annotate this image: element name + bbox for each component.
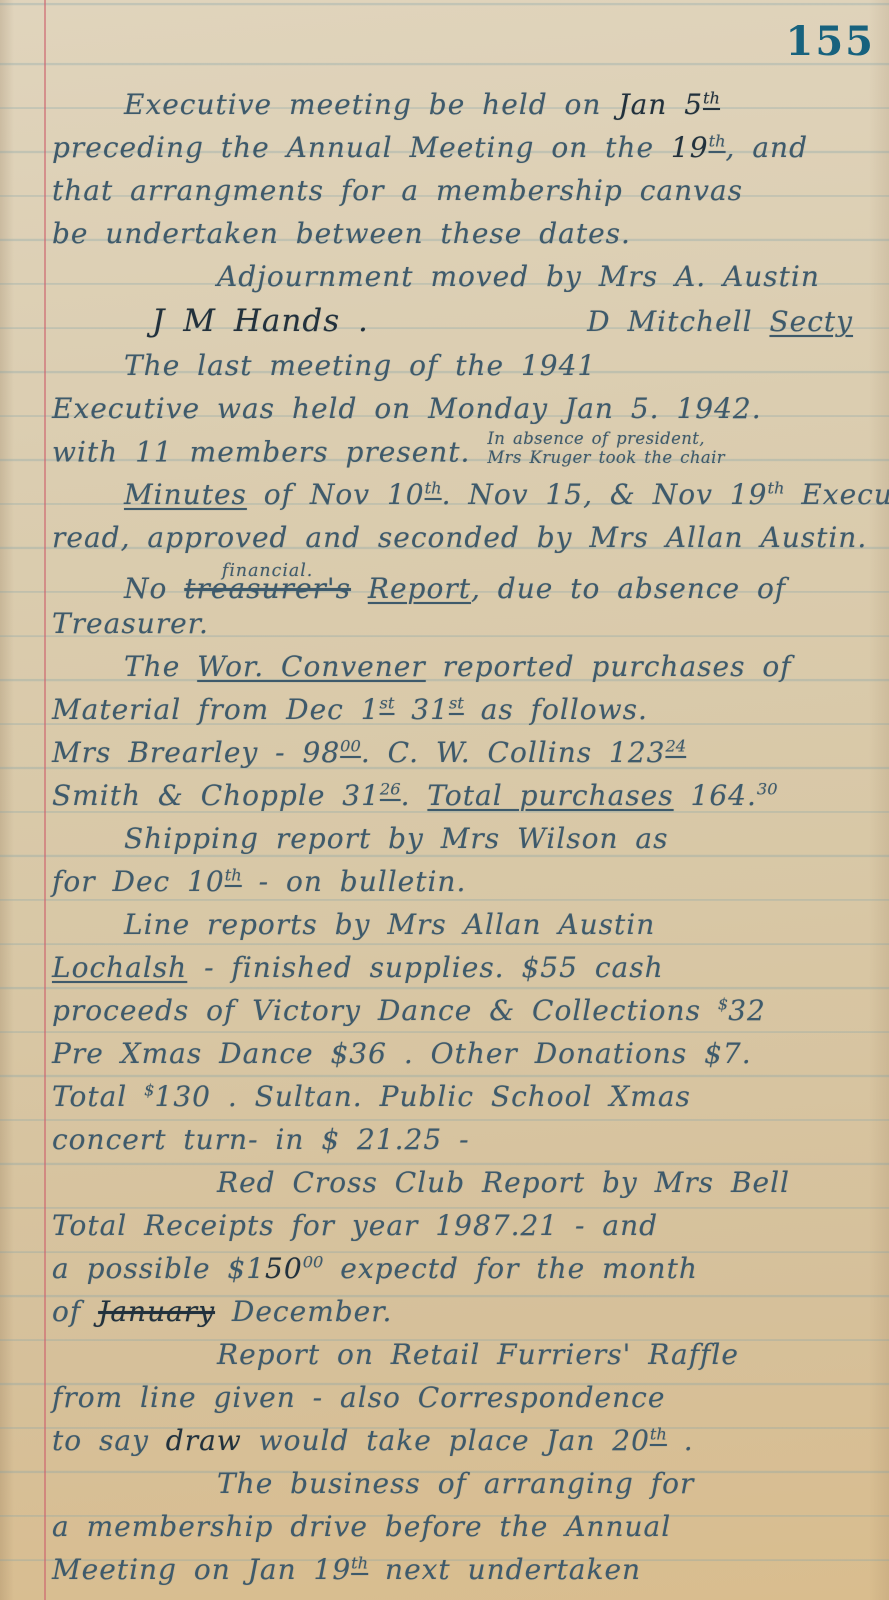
text-segment: of (52, 1295, 98, 1328)
text-segment: No (124, 572, 184, 605)
handwritten-line: Adjournment moved by Mrs A. Austin (52, 260, 879, 303)
text-segment: Adjournment moved by Mrs A. Austin (217, 260, 820, 293)
text-segment: th (225, 866, 242, 885)
text-segment: Pre Xmas Dance $36 . Other Donations $7. (52, 1037, 752, 1070)
handwritten-line: preceding the Annual Meeting on the 19th… (52, 131, 879, 174)
text-segment: as follows. (464, 693, 648, 726)
text-segment: December. (215, 1295, 392, 1328)
text-segment: - on bulletin. (242, 865, 467, 898)
text-segment: Total purchases (427, 779, 673, 812)
text-segment: Wor. Convener (197, 650, 426, 683)
text-segment: th (650, 1425, 667, 1444)
notebook-page: { "colors": { "ink": "#3e5a6b", "ink_dar… (0, 0, 889, 1600)
text-segment: 31 (394, 693, 449, 726)
text-segment: The last meeting of the 1941 (124, 349, 596, 382)
handwritten-line: to say draw would take place Jan 20th . (52, 1424, 879, 1467)
text-segment: Report on Retail Furriers' Raffle (217, 1338, 739, 1371)
handwritten-line: Total Receipts for year 1987.21 - and (52, 1209, 879, 1252)
text-segment: of Nov 10 (247, 478, 425, 511)
text-segment: Executive (784, 478, 889, 511)
handwritten-line: Lochalsh - finished supplies. $55 cash (52, 951, 879, 994)
text-segment: from line given - also Correspondence (52, 1381, 665, 1414)
text-segment: th (425, 479, 442, 498)
text-segment (351, 572, 368, 605)
text-segment: th (767, 479, 784, 498)
corrected-word: financial.treasurer's (184, 564, 351, 601)
text-segment: Red Cross Club Report by Mrs Bell (217, 1166, 790, 1199)
text-segment: Line reports by Mrs Allan Austin (124, 908, 655, 941)
text-segment: concert turn- in $ 21.25 - (52, 1123, 470, 1156)
text-segment: to say (52, 1424, 166, 1457)
text-segment: 164. (674, 779, 757, 812)
text-segment: be undertaken between these dates. (52, 217, 631, 250)
text-segment: 24 (665, 737, 686, 756)
text-segment: The (124, 650, 197, 683)
text-segment: Lochalsh (52, 951, 187, 984)
handwritten-line: proceeds of Victory Dance & Collections … (52, 994, 879, 1037)
text-segment: Shipping report by Mrs Wilson as (124, 822, 669, 855)
handwritten-line: be undertaken between these dates. (52, 217, 879, 260)
text-segment: Secty (769, 305, 853, 338)
text-segment: th (709, 132, 726, 151)
handwritten-line: read, approved and seconded by Mrs Allan… (52, 521, 879, 564)
handwritten-line: Treasurer. (52, 607, 879, 650)
handwritten-line: a possible $15000 expectd for the month (52, 1252, 879, 1295)
text-segment: D Mitchell (587, 305, 769, 338)
signature-left: J M Hands . (152, 303, 369, 339)
handwritten-line: concert turn- in $ 21.25 - (52, 1123, 879, 1166)
text-segment: st (449, 694, 464, 713)
text-segment: 32 (728, 994, 766, 1027)
handwritten-line: with 11 members present. In absence of p… (52, 435, 879, 478)
handwritten-line: from line given - also Correspondence (52, 1381, 879, 1424)
margin-line (44, 0, 46, 1600)
text-segment: a possible $1 (52, 1252, 265, 1285)
text-segment: 26 (380, 780, 401, 799)
handwritten-line: of January December. (52, 1295, 879, 1338)
text-segment: draw (166, 1424, 242, 1457)
handwritten-line: Minutes of Nov 10th. Nov 15, & Nov 19th … (52, 478, 879, 521)
text-segment: proceeds of Victory Dance & Collections (52, 994, 718, 1027)
text-segment: 130 . Sultan. Public School Xmas (155, 1080, 691, 1113)
handwritten-line: Executive meeting be held on Jan 5th (52, 88, 879, 131)
handwritten-line: Pre Xmas Dance $36 . Other Donations $7. (52, 1037, 879, 1080)
handwritten-line: Line reports by Mrs Allan Austin (52, 908, 879, 951)
text-segment: Total (52, 1080, 144, 1113)
text-segment: . (401, 779, 428, 812)
text-segment: The business of arranging for (217, 1467, 694, 1500)
text-segment: Meeting on Jan 19 (52, 1553, 351, 1586)
handwritten-line: Mrs Brearley - 9800. C. W. Collins 12324 (52, 736, 879, 779)
text-segment: Mrs Brearley - 98 (52, 736, 340, 769)
text-segment: expectd for the month (323, 1252, 698, 1285)
text-segment: a membership drive before the Annual (52, 1510, 671, 1543)
text-segment: $ (718, 995, 728, 1014)
text-segment: J M Hands . (152, 303, 369, 339)
text-segment: with 11 members present. (52, 436, 487, 469)
signature-line: J M Hands .D Mitchell Secty (52, 303, 879, 349)
page-number: 155 (786, 18, 876, 65)
signature-right: D Mitchell Secty (587, 305, 853, 338)
handwritten-line: Red Cross Club Report by Mrs Bell (52, 1166, 879, 1209)
text-segment: . (667, 1424, 694, 1457)
text-segment: Material from Dec 1 (52, 693, 380, 726)
handwritten-line: Meeting on Jan 19th next undertaken (52, 1553, 879, 1596)
text-segment: , and (726, 131, 808, 164)
text-segment: Report (368, 572, 471, 605)
text-segment: Smith & Chopple 31 (52, 779, 380, 812)
text-segment: Treasurer. (52, 607, 209, 640)
text-segment: Executive meeting be held on (124, 88, 618, 121)
text-segment: st (380, 694, 395, 713)
handwritten-line: Shipping report by Mrs Wilson as (52, 822, 879, 865)
text-segment: Total Receipts for year 1987.21 - and (52, 1209, 658, 1242)
text-segment: 30 (757, 780, 778, 799)
text-segment: Minutes (124, 478, 247, 511)
text-segment: . C. W. Collins 123 (361, 736, 666, 769)
text-segment: th (351, 1554, 368, 1573)
text-segment: reported purchases of (426, 650, 792, 683)
text-segment: preceding the Annual Meeting on the (52, 131, 671, 164)
text-segment: for Dec 10 (52, 865, 225, 898)
handwritten-line: Total $130 . Sultan. Public School Xmas (52, 1080, 879, 1123)
text-segment: 50 (265, 1252, 303, 1285)
text-segment: read, approved and seconded by Mrs Allan… (52, 521, 867, 554)
text-segment: that arrangments for a membership canvas (52, 174, 743, 207)
handwritten-line: Material from Dec 1st 31st as follows. (52, 693, 879, 736)
inline-annotation: In absence of president,Mrs Kruger took … (487, 429, 725, 467)
handwritten-line: Executive was held on Monday Jan 5. 1942… (52, 392, 879, 435)
text-segment: . Nov 15, & Nov 19 (442, 478, 768, 511)
handwritten-line: The business of arranging for (52, 1467, 879, 1510)
handwritten-line: The Wor. Convener reported purchases of (52, 650, 879, 693)
text-segment: , due to absence of (471, 572, 786, 605)
text-segment: would take place Jan 20 (242, 1424, 650, 1457)
handwritten-line: Smith & Chopple 3126. Total purchases 16… (52, 779, 879, 822)
text-segment: January (98, 1295, 215, 1328)
handwritten-line: The last meeting of the 1941 (52, 349, 879, 392)
handwritten-line: that arrangments for a membership canvas (52, 174, 879, 217)
text-segment: 19 (671, 131, 709, 164)
handwritten-line: No financial.treasurer's Report, due to … (52, 564, 879, 607)
text-segment: $ (144, 1081, 154, 1100)
handwritten-line: Report on Retail Furriers' Raffle (52, 1338, 879, 1381)
handwritten-line: a membership drive before the Annual (52, 1510, 879, 1553)
text-segment: 00 (303, 1253, 324, 1272)
text-segment: next undertaken (368, 1553, 641, 1586)
handwritten-line: for Dec 10th - on bulletin. (52, 865, 879, 908)
text-segment: th (703, 89, 720, 108)
text-segment: 00 (340, 737, 361, 756)
text-segment: Jan 5 (618, 88, 703, 121)
handwriting-block: Executive meeting be held on Jan 5thprec… (52, 88, 879, 1596)
text-segment: Executive was held on Monday Jan 5. 1942… (52, 392, 762, 425)
text-segment: - finished supplies. $55 cash (187, 951, 663, 984)
